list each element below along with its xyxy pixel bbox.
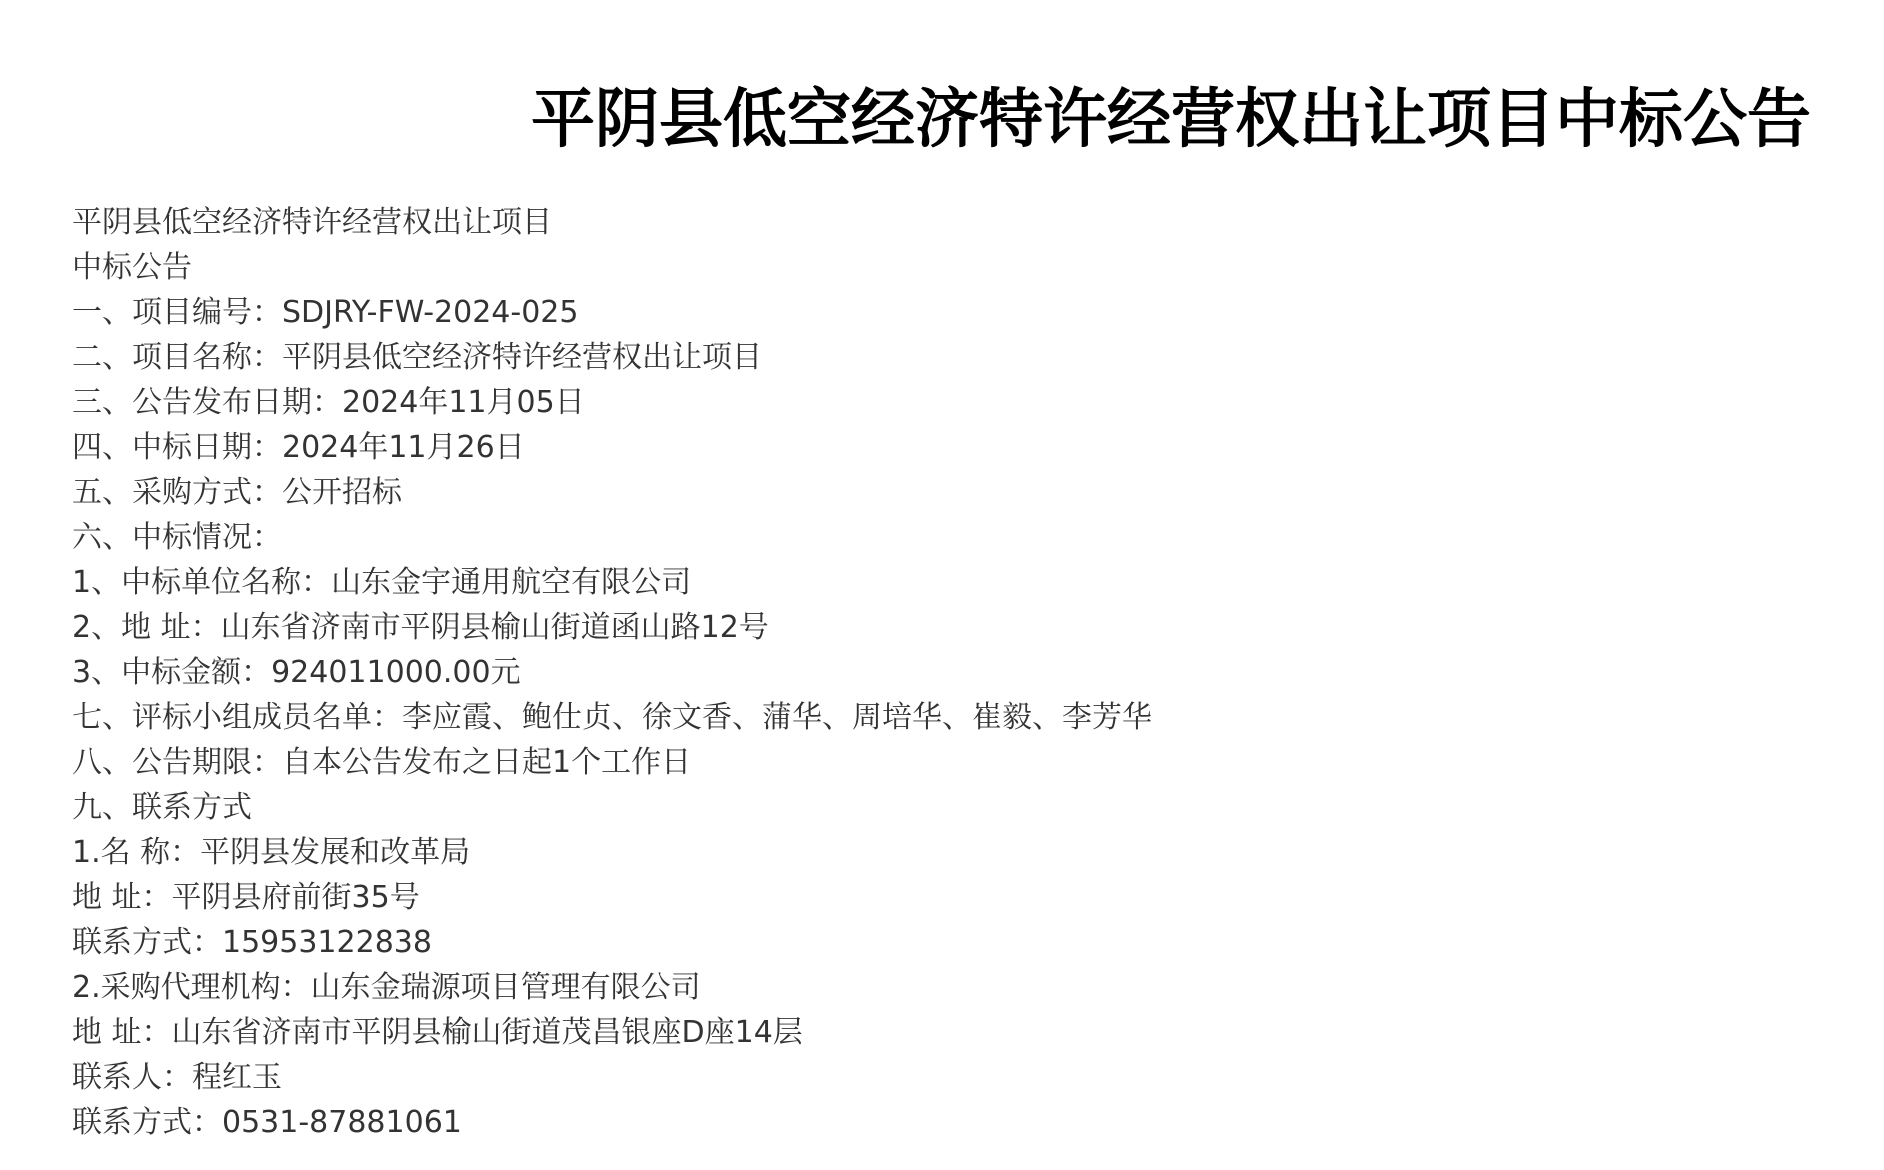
- purchaser-address: 地 址：平阴县府前街35号: [72, 875, 1852, 920]
- agency-phone: 联系方式：0531-87881061: [72, 1100, 1852, 1145]
- purchaser-name: 1.名 称：平阴县发展和改革局: [72, 830, 1852, 875]
- award-amount: 3、中标金额：924011000.00元: [72, 650, 1852, 695]
- project-number: 一、项目编号：SDJRY-FW-2024-025: [72, 290, 1852, 335]
- announcement-heading: 中标公告: [72, 245, 1852, 290]
- agency-address: 地 址：山东省济南市平阴县榆山街道茂昌银座D座14层: [72, 1010, 1852, 1055]
- contact-section-heading: 九、联系方式: [72, 785, 1852, 830]
- notice-period: 八、公告期限：自本公告发布之日起1个工作日: [72, 740, 1852, 785]
- publish-date: 三、公告发布日期：2024年11月05日: [72, 380, 1852, 425]
- document-title: 平阴县低空经济特许经营权出让项目中标公告: [531, 80, 1821, 160]
- award-section-heading: 六、中标情况：: [72, 515, 1852, 560]
- evaluation-committee: 七、评标小组成员名单：李应霞、鲍仕贞、徐文香、蒲华、周培华、崔毅、李芳华: [72, 695, 1852, 740]
- agency-contact-person: 联系人：程红玉: [72, 1055, 1852, 1100]
- project-name: 二、项目名称：平阴县低空经济特许经营权出让项目: [72, 335, 1852, 380]
- project-name-heading: 平阴县低空经济特许经营权出让项目: [72, 200, 1852, 245]
- award-date: 四、中标日期：2024年11月26日: [72, 425, 1852, 470]
- winning-company: 1、中标单位名称：山东金宇通用航空有限公司: [72, 560, 1852, 605]
- winning-company-address: 2、地 址：山东省济南市平阴县榆山街道函山路12号: [72, 605, 1852, 650]
- agency-name: 2.采购代理机构：山东金瑞源项目管理有限公司: [72, 965, 1852, 1010]
- purchaser-phone: 联系方式：15953122838: [72, 920, 1852, 965]
- procurement-method: 五、采购方式：公开招标: [72, 470, 1852, 515]
- document-body: 平阴县低空经济特许经营权出让项目 中标公告 一、项目编号：SDJRY-FW-20…: [72, 200, 1852, 1145]
